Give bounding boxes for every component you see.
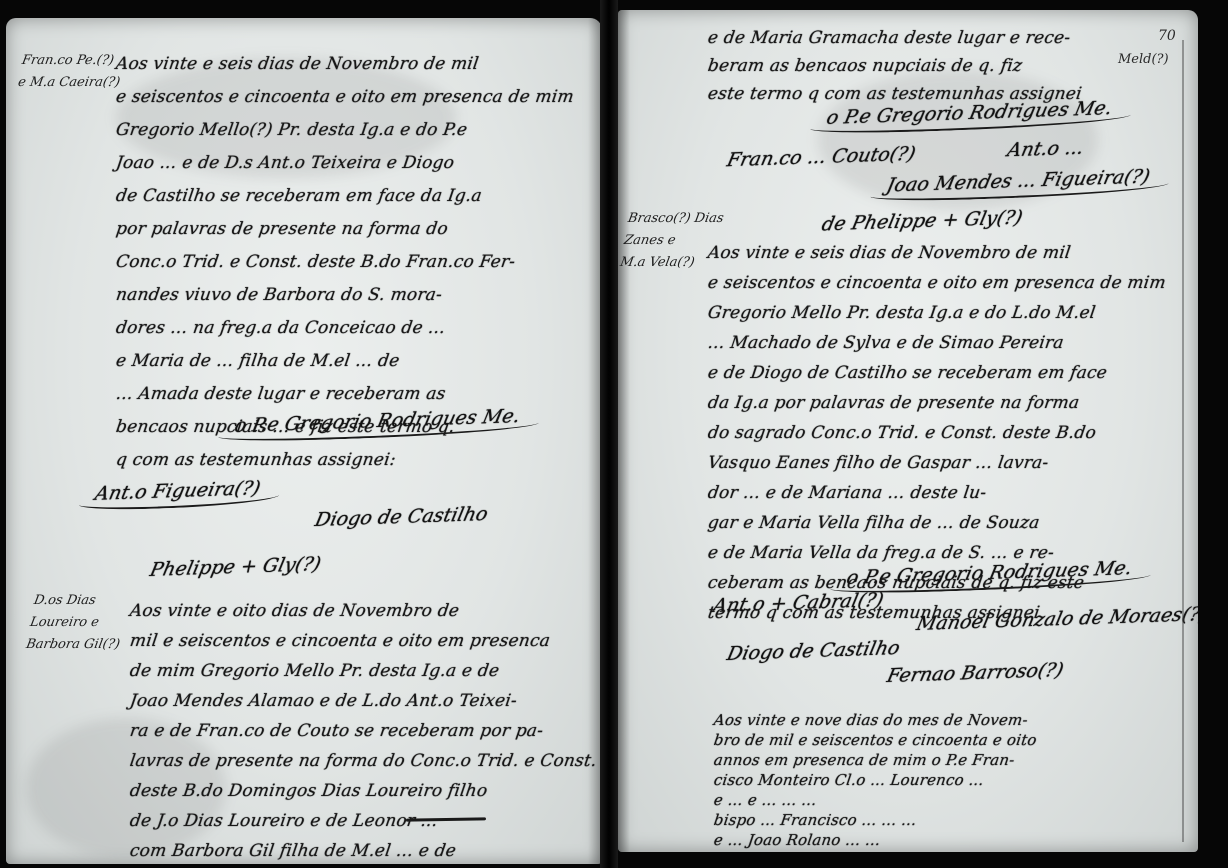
manuscript-spread: Fran.co Pe.(?) e M.a Caeira(?) Aos vinte… <box>0 0 1228 868</box>
signature-witness-2: Ant.o ... <box>1005 137 1086 162</box>
margin-note-entry-1: Fran.co Pe.(?) e M.a Caeira(?) <box>16 50 126 94</box>
signature-witness-3: Phelippe + Gly(?) <box>148 553 323 581</box>
folio-number: 70 <box>1158 28 1176 44</box>
signature-witness-4: Fernao Barroso(?) <box>885 659 1066 687</box>
signature-witness-1: Ant.o Figueira(?) <box>93 477 263 505</box>
margin-note-entry-2: D.os Dias Loureiro e Barbora Gil(?) <box>24 590 129 656</box>
marriage-entry-3: Aos vinte e nove dias do mes de Novem- b… <box>714 710 1037 850</box>
right-page: 70 Meld(?) e de Maria Gramacha deste lug… <box>618 10 1198 852</box>
left-page: Fran.co Pe.(?) e M.a Caeira(?) Aos vinte… <box>6 18 602 864</box>
folio-marginal: Meld(?) <box>1118 52 1169 67</box>
signature-witness-2: Diogo de Castilho <box>313 503 490 531</box>
marriage-entry-2: Aos vinte e oito dias de Novembro de mil… <box>130 596 597 864</box>
signature-witness-3: Diogo de Castilho <box>725 637 902 665</box>
marriage-entry-continued: e de Maria Gramacha deste lugar e rece- … <box>708 24 1082 108</box>
signature-witness-4: de Phelippe + Gly(?) <box>820 207 1025 236</box>
book-gutter <box>600 0 618 868</box>
